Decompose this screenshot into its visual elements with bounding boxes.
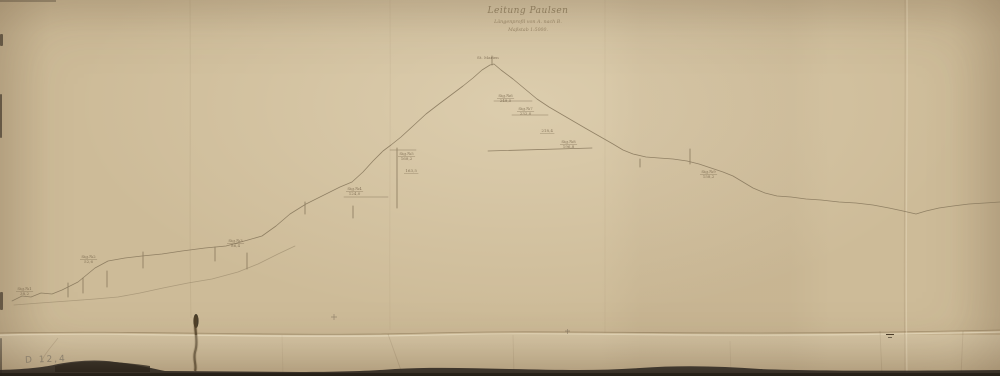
station-annotation: 218,4 xyxy=(540,129,554,134)
archive-mark: D 12,4 xyxy=(25,354,67,365)
station-value: 248,5 xyxy=(500,99,512,104)
title-block: Leitung Paulsen Längenprofil von A. nach… xyxy=(443,6,613,36)
station-annotation: Sig.№7232,0 xyxy=(517,107,534,117)
station-label: 218,4 xyxy=(540,129,554,134)
title-line1: Leitung Paulsen xyxy=(443,6,613,16)
station-value: 232,0 xyxy=(520,112,532,117)
station-annotation: Sig.№8196,8 xyxy=(560,140,577,150)
station-value: 168,2 xyxy=(401,157,413,162)
station-annotation: Sig.№252,6 xyxy=(80,255,97,265)
station-poles xyxy=(68,56,690,297)
station-annotation: Sig.№138,2 xyxy=(16,287,33,297)
station-value: 86,4 xyxy=(231,244,240,249)
left-edge-marks xyxy=(0,0,56,376)
station-label: 163,5 xyxy=(404,169,418,174)
station-value: 38,2 xyxy=(20,292,29,297)
station-value: 52,6 xyxy=(84,260,93,265)
profile-drawing xyxy=(0,0,1000,376)
paper-creases xyxy=(0,0,1000,376)
station-value: 124,0 xyxy=(349,192,361,197)
bottom-shadow-edge xyxy=(0,361,1000,376)
scanned-paper-sheet: Leitung Paulsen Längenprofil von A. nach… xyxy=(0,0,1000,376)
station-annotation: Sig.№6248,5 xyxy=(497,94,514,104)
station-value: 196,8 xyxy=(563,145,575,150)
peak-station-label: St. Marien xyxy=(477,56,499,61)
paper-tear xyxy=(193,314,198,371)
station-annotation: 163,5 xyxy=(404,169,418,174)
title-line2: Längenprofil von A. nach B. xyxy=(477,19,579,24)
title-line3: Maßstab 1:5000. xyxy=(479,27,578,32)
fold-corner-mark-icon xyxy=(886,334,894,343)
station-annotation: Sig.№5168,2 xyxy=(398,152,415,162)
station-value: 158,2 xyxy=(703,175,715,180)
station-annotation: Sig.№4124,0 xyxy=(346,187,363,197)
pencil-plus-marks xyxy=(331,314,570,334)
station-annotation: Sig.№9158,2 xyxy=(700,170,717,180)
station-annotation: Sig.№386,4 xyxy=(227,239,244,249)
